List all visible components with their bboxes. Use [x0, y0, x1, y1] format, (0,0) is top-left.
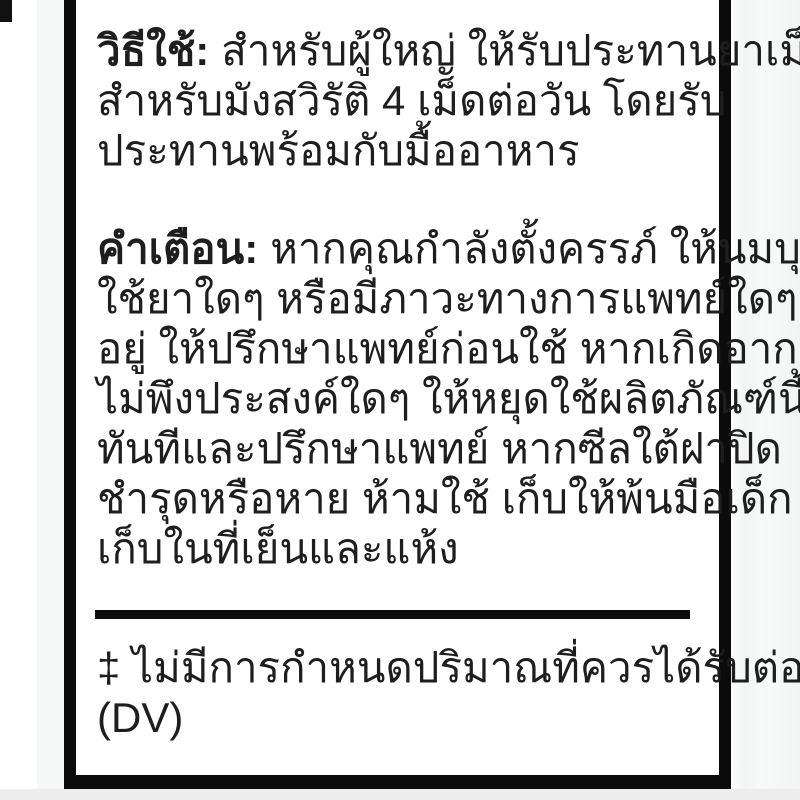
directions-line-1: วิธีใช้:สำหรับผู้ใหญ่ ให้รับประทานยาเม็ด	[97, 26, 699, 76]
left-margin-strip	[37, 0, 64, 789]
directions-line-1-text: สำหรับผู้ใหญ่ ให้รับประทานยาเม็ด	[221, 27, 800, 74]
directions-section: วิธีใช้:สำหรับผู้ใหญ่ ให้รับประทานยาเม็ด…	[97, 26, 699, 176]
warning-line-6: ชำรุดหรือหาย ห้ามใช้ เก็บให้พ้นมือเด็ก	[97, 474, 699, 524]
bottom-margin-strip	[0, 789, 800, 800]
warning-line-1: คำเตือน:หากคุณกำลังตั้งครรภ์ ให้นมบุตร	[97, 224, 699, 274]
warning-line-7: เก็บในที่เย็นและแห้ง	[97, 524, 699, 574]
warning-line-4: ไม่พึงประสงค์ใดๆ ให้หยุดใช้ผลิตภัณฑ์นี้	[97, 374, 699, 424]
warning-line-3: อยู่ ให้ปรึกษาแพทย์ก่อนใช้ หากเกิดอาการ	[97, 324, 699, 374]
footnote-line-2: (DV)	[97, 693, 699, 743]
warning-line-2: ใช้ยาใดๆ หรือมีภาวะทางการแพทย์ใดๆ	[97, 274, 699, 324]
warning-heading: คำเตือน:	[97, 225, 258, 272]
directions-line-3: ประทานพร้อมกับมื้ออาหาร	[97, 126, 699, 176]
warning-section: คำเตือน:หากคุณกำลังตั้งครรภ์ ให้นมบุตร ใ…	[97, 224, 699, 574]
directions-line-2: สำหรับมังสวิรัติ 4 เม็ดต่อวัน โดยรับ	[97, 76, 699, 126]
directions-heading: วิธีใช้:	[97, 27, 209, 74]
footnote-section: ‡ ไม่มีการกำหนดปริมาณที่ควรได้รับต่อวัน …	[97, 643, 699, 743]
supplement-label-panel: วิธีใช้:สำหรับผู้ใหญ่ ให้รับประทานยาเม็ด…	[64, 0, 731, 789]
footnote-line-1: ‡ ไม่มีการกำหนดปริมาณที่ควรได้รับต่อวัน	[97, 643, 699, 693]
section-divider	[95, 610, 690, 619]
warning-line-1-text: หากคุณกำลังตั้งครรภ์ ให้นมบุตร	[270, 225, 800, 272]
warning-line-5: ทันทีและปรึกษาแพทย์ หากซีลใต้ฝาปิด	[97, 424, 699, 474]
photo-corner-artifact	[0, 0, 12, 22]
label-content: วิธีใช้:สำหรับผู้ใหญ่ ให้รับประทานยาเม็ด…	[76, 0, 719, 743]
